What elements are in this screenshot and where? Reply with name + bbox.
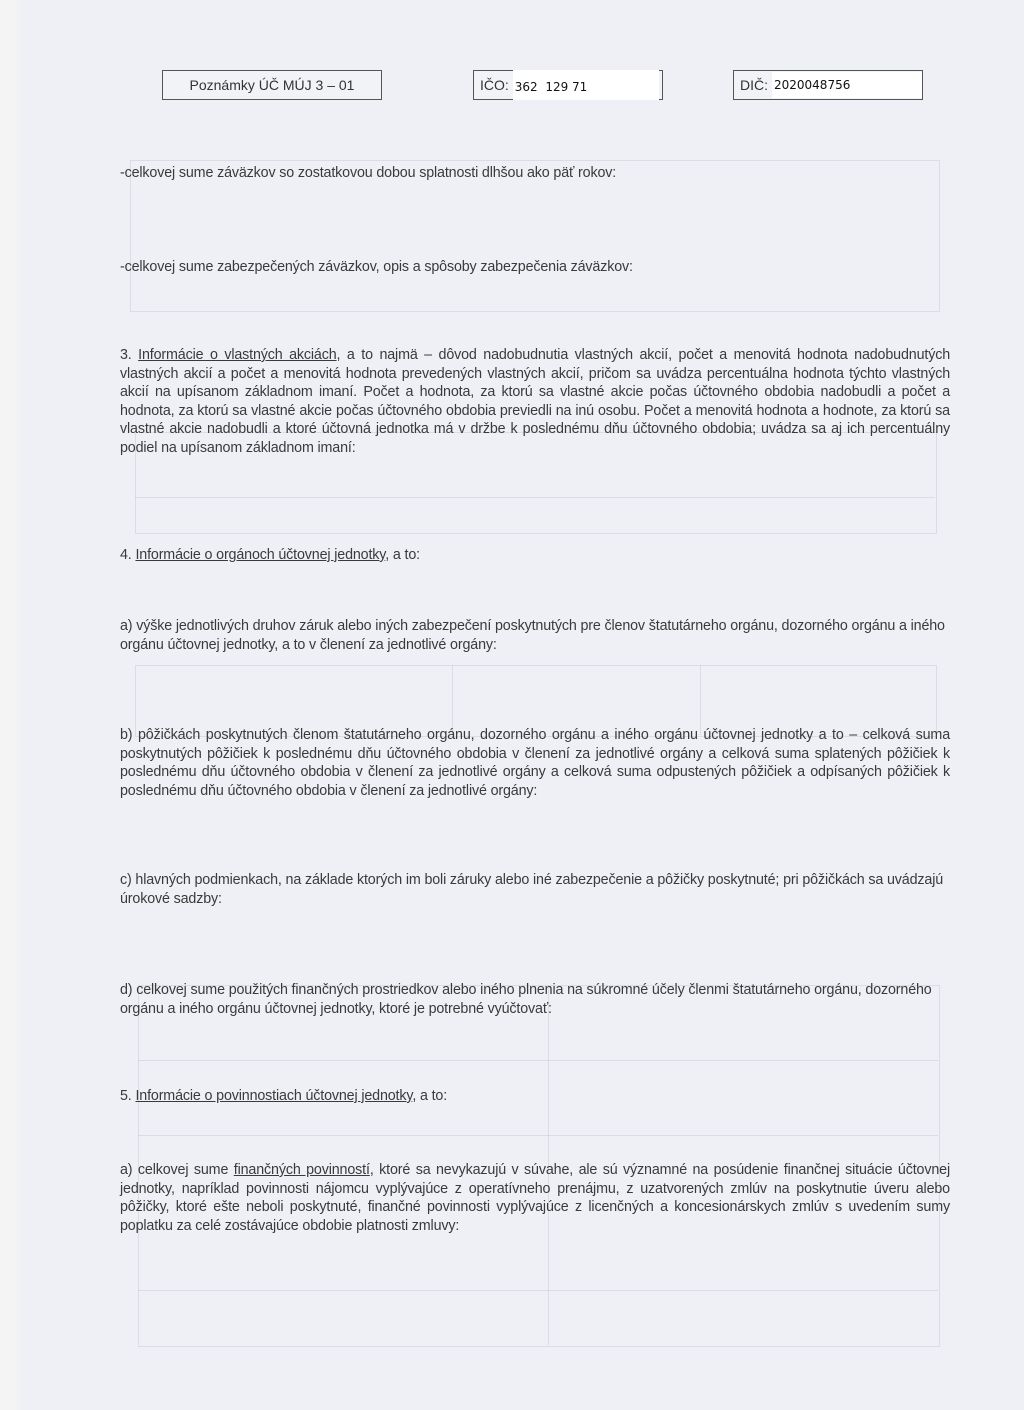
bleed-through-line xyxy=(452,665,453,735)
secured-liabilities-text: -celkovej sume zabezpečených záväzkov, o… xyxy=(120,258,950,277)
document-page: Poznámky ÚČ MÚJ 3 – 01 IČO: 362 129 71 D… xyxy=(0,0,1024,1410)
form-title: Poznámky ÚČ MÚJ 3 – 01 xyxy=(190,77,355,93)
liabilities-over-five-years-text: -celkovej sume záväzkov so zostatkovou d… xyxy=(120,164,950,183)
section-5-number: 5. xyxy=(120,1088,135,1104)
ico-box: IČO: 362 129 71 xyxy=(473,70,663,100)
dic-box: DIČ: 2020048756 xyxy=(733,70,923,100)
bleed-through-line xyxy=(135,497,935,498)
section-3-number: 3. xyxy=(120,347,138,363)
section-4-suffix: , a to: xyxy=(385,547,420,563)
bleed-through-line xyxy=(138,1060,938,1061)
bleed-through-line xyxy=(700,665,701,735)
bleed-through-line xyxy=(138,1290,938,1291)
form-title-box: Poznámky ÚČ MÚJ 3 – 01 xyxy=(162,70,382,100)
section-4-title: Informácie o orgánoch účtovnej jednotky xyxy=(135,547,385,563)
section-3-text: , a to najmä – dôvod nadobudnutia vlastn… xyxy=(120,347,950,456)
section-4c-text: c) hlavných podmienkach, na základe ktor… xyxy=(120,871,950,908)
section-4-number: 4. xyxy=(120,547,135,563)
ico-label: IČO: xyxy=(480,77,509,93)
section-3-paragraph: 3. Informácie o vlastných akciách, a to … xyxy=(120,346,950,458)
section-4-heading: 4. Informácie o orgánoch účtovnej jednot… xyxy=(120,546,950,565)
section-4d-text: d) celkovej sume použitých finančných pr… xyxy=(120,981,950,1018)
section-5a-underlined-term: finančných povinností xyxy=(234,1162,370,1178)
section-5-heading: 5. Informácie o povinnostiach účtovnej j… xyxy=(120,1087,950,1106)
section-5a-paragraph: a) celkovej sume finančných povinností, … xyxy=(120,1161,950,1235)
ico-value: 362 129 71 xyxy=(513,70,659,100)
section-5a-prefix: a) celkovej sume xyxy=(120,1162,234,1178)
bleed-through-table xyxy=(130,160,940,312)
dic-label: DIČ: xyxy=(740,77,768,93)
bleed-through-line xyxy=(138,1135,938,1136)
dic-value: 2020048756 xyxy=(772,72,922,98)
section-4a-text: a) výške jednotlivých druhov záruk alebo… xyxy=(120,617,950,654)
section-3-title: Informácie o vlastných akciách xyxy=(138,347,336,363)
section-5-suffix: , a to: xyxy=(412,1088,447,1104)
section-4b-text: b) pôžičkách poskytnutých členom štatutá… xyxy=(120,726,950,800)
section-5-title: Informácie o povinnostiach účtovnej jedn… xyxy=(135,1088,412,1104)
